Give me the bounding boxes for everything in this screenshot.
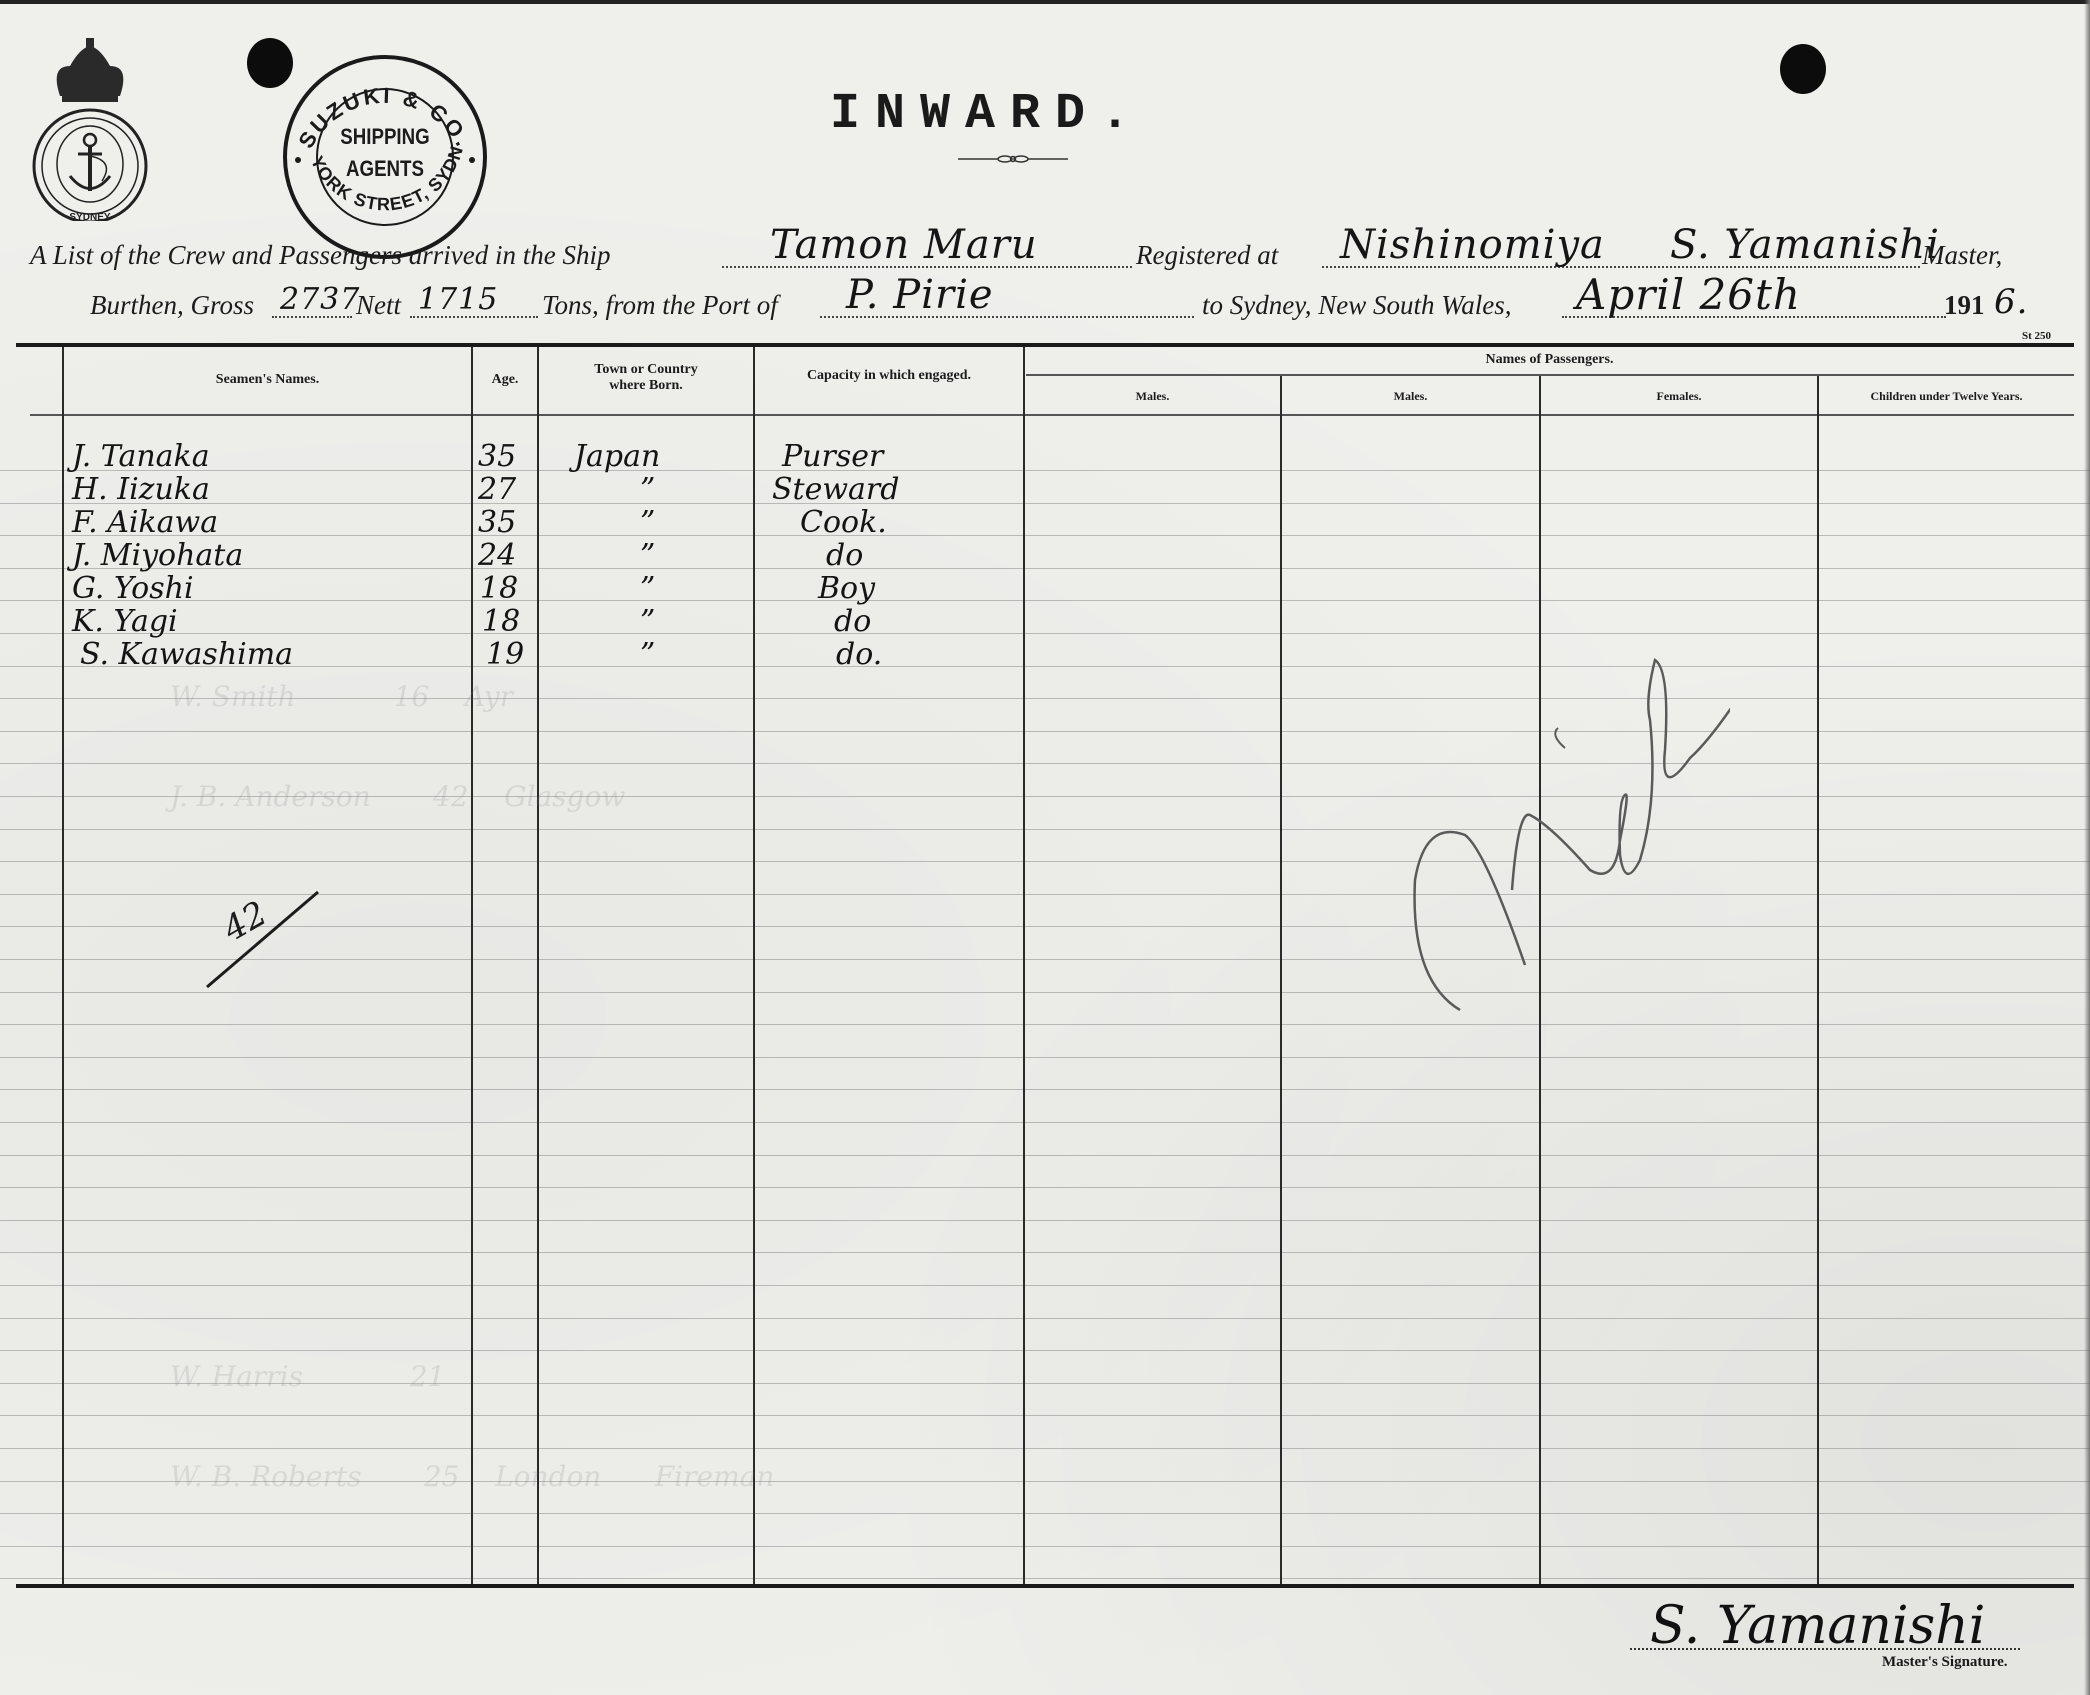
header-born-line1: Town or Country — [539, 362, 753, 378]
ruled-line — [0, 1057, 2090, 1058]
column-divider-capacity-passengers — [1023, 347, 1025, 1584]
title-ornament-icon — [958, 153, 1068, 165]
burthen-gross-label: Burthen, Gross — [90, 290, 254, 321]
ruled-line — [0, 861, 2090, 862]
master-label: Master, — [1922, 240, 2002, 271]
gross-tonnage-value: 2737 — [280, 282, 360, 317]
seaman-birthplace: ” — [640, 574, 655, 604]
scan-right-edge — [2084, 0, 2090, 1695]
seaman-birthplace: ” — [640, 508, 655, 538]
bleed-through-text: J. B. Anderson 42 Glasgow — [170, 780, 625, 813]
ruled-line — [0, 1089, 2090, 1090]
year-hand-value: 6. — [1994, 282, 2028, 322]
ruled-line — [0, 666, 2090, 667]
seaman-age: 19 — [486, 640, 524, 670]
header-age: Age. — [473, 372, 537, 388]
seaman-name: H. Iizuka — [72, 475, 210, 505]
svg-text:42: 42 — [216, 894, 274, 951]
ruled-line — [0, 1513, 2090, 1514]
tally-mark-icon: 42 — [200, 880, 330, 1000]
seaman-name: G. Yoshi — [72, 574, 194, 604]
column-divider-males-males — [1280, 376, 1282, 1584]
ship-name-value: Tamon Maru — [770, 222, 1038, 268]
svg-text:·SYDNEY·: ·SYDNEY· — [66, 212, 114, 221]
ruled-line — [0, 763, 2090, 764]
header-capacity: Capacity in which engaged. — [755, 368, 1023, 384]
suzuki-agents-stamp: SUZUKI & CO. 127 YORK STREET, SYDNEY SHI… — [280, 52, 490, 262]
header-females: Females. — [1541, 388, 1817, 404]
column-divider-left — [62, 347, 64, 1584]
header-children: Children under Twelve Years. — [1819, 388, 2074, 404]
nett-label: Nett — [356, 290, 401, 321]
seaman-name: K. Yagi — [72, 607, 178, 637]
ruled-line — [0, 1578, 2090, 1579]
signature-line — [1630, 1648, 2020, 1650]
ruled-line — [0, 568, 2090, 569]
column-divider-names-age — [471, 347, 473, 1584]
column-divider-females-children — [1817, 376, 1819, 1584]
arrival-date-value: April 26th — [1576, 270, 1801, 319]
seaman-capacity: do — [826, 541, 863, 571]
seaman-birthplace: ” — [640, 541, 655, 571]
tons-from-port-label: Tons, from the Port of — [542, 290, 778, 321]
seaman-name: F. Aikawa — [72, 508, 218, 538]
ruled-line — [0, 633, 2090, 634]
seaman-age: 35 — [478, 442, 516, 472]
master-signature-label: Master's Signature. — [1882, 1654, 2008, 1671]
year-printed-label: 191 — [1944, 290, 1985, 321]
ruled-line — [0, 1285, 2090, 1286]
ruled-line — [0, 731, 2090, 732]
seaman-age: 27 — [478, 475, 516, 505]
ruled-line — [0, 535, 2090, 536]
scan-top-edge — [0, 0, 2090, 4]
header-born-line2: where Born. — [539, 378, 753, 394]
ruled-line — [0, 1252, 2090, 1253]
bleed-through-text: W. B. Roberts 25 London Fireman — [170, 1460, 774, 1493]
seaman-capacity: Purser — [782, 442, 883, 472]
stamp-text-shipping: SHIPPING — [296, 124, 475, 150]
registered-port-value: Nishinomiya — [1340, 222, 1605, 268]
passengers-sub-rule — [1026, 374, 2074, 376]
seaman-name: J. Miyohata — [72, 541, 243, 571]
ruled-line — [0, 470, 2090, 471]
table-bottom-rule — [16, 1584, 2074, 1588]
ruled-line — [0, 1350, 2090, 1351]
header-bottom-rule — [30, 414, 2074, 416]
ruled-line — [0, 1220, 2090, 1221]
ruled-line — [0, 1122, 2090, 1123]
seaman-name: S. Kawashima — [80, 640, 293, 670]
header-males-1: Males. — [1025, 388, 1280, 404]
seaman-birthplace: ” — [640, 607, 655, 637]
seaman-age: 24 — [478, 541, 516, 571]
bleed-through-text: W. Smith 16 Ayr — [170, 680, 513, 713]
bleed-through-text: W. Harris 21 — [170, 1360, 445, 1393]
header-names-of-passengers: Names of Passengers. — [1025, 352, 2074, 368]
seaman-age: 18 — [480, 574, 518, 604]
seaman-capacity: do. — [836, 640, 882, 670]
seaman-capacity: Boy — [818, 574, 875, 604]
ruled-line — [0, 600, 2090, 601]
seaman-capacity: Steward — [772, 475, 899, 505]
ruled-line — [0, 1187, 2090, 1188]
column-divider-age-born — [537, 347, 539, 1584]
ruled-line — [0, 1024, 2090, 1025]
form-number: St 250 — [2022, 330, 2051, 342]
registered-at-label: Registered at — [1136, 240, 1278, 271]
seaman-capacity: do — [834, 607, 871, 637]
seaman-capacity: Cook. — [800, 508, 887, 538]
ruled-line — [0, 1448, 2090, 1449]
stamp-text-agents: AGENTS — [296, 156, 475, 182]
column-divider-born-capacity — [753, 347, 755, 1584]
nill-annotation-icon — [1400, 640, 1730, 1020]
seaman-age: 18 — [482, 607, 520, 637]
ruled-line — [0, 1546, 2090, 1547]
from-port-value: P. Pirie — [846, 272, 994, 318]
shipping-masters-crest-icon: ·SYDNEY· — [30, 36, 150, 221]
ruled-line — [0, 1318, 2090, 1319]
header-males-2: Males. — [1282, 388, 1539, 404]
header-seamens-names: Seamen's Names. — [64, 372, 471, 388]
seaman-birthplace: ” — [640, 475, 655, 505]
ruled-line — [0, 829, 2090, 830]
table-top-rule — [16, 343, 2074, 347]
punch-hole-right — [1780, 44, 1826, 94]
seaman-birthplace: Japan — [574, 442, 660, 472]
seaman-birthplace: ” — [640, 640, 655, 670]
seaman-name: J. Tanaka — [72, 442, 210, 472]
to-sydney-label: to Sydney, New South Wales, — [1202, 290, 1511, 321]
ruled-line — [0, 503, 2090, 504]
master-name-value: S. Yamanishi — [1670, 222, 1940, 268]
ruled-line — [0, 1415, 2090, 1416]
crew-list-intro-label: A List of the Crew and Passengers arrive… — [30, 240, 611, 271]
page-title: INWARD. — [830, 86, 1250, 143]
ruled-line — [0, 1155, 2090, 1156]
seaman-age: 35 — [478, 508, 516, 538]
master-signature-value: S. Yamanishi — [1650, 1596, 1985, 1656]
nett-tonnage-value: 1715 — [418, 282, 498, 317]
